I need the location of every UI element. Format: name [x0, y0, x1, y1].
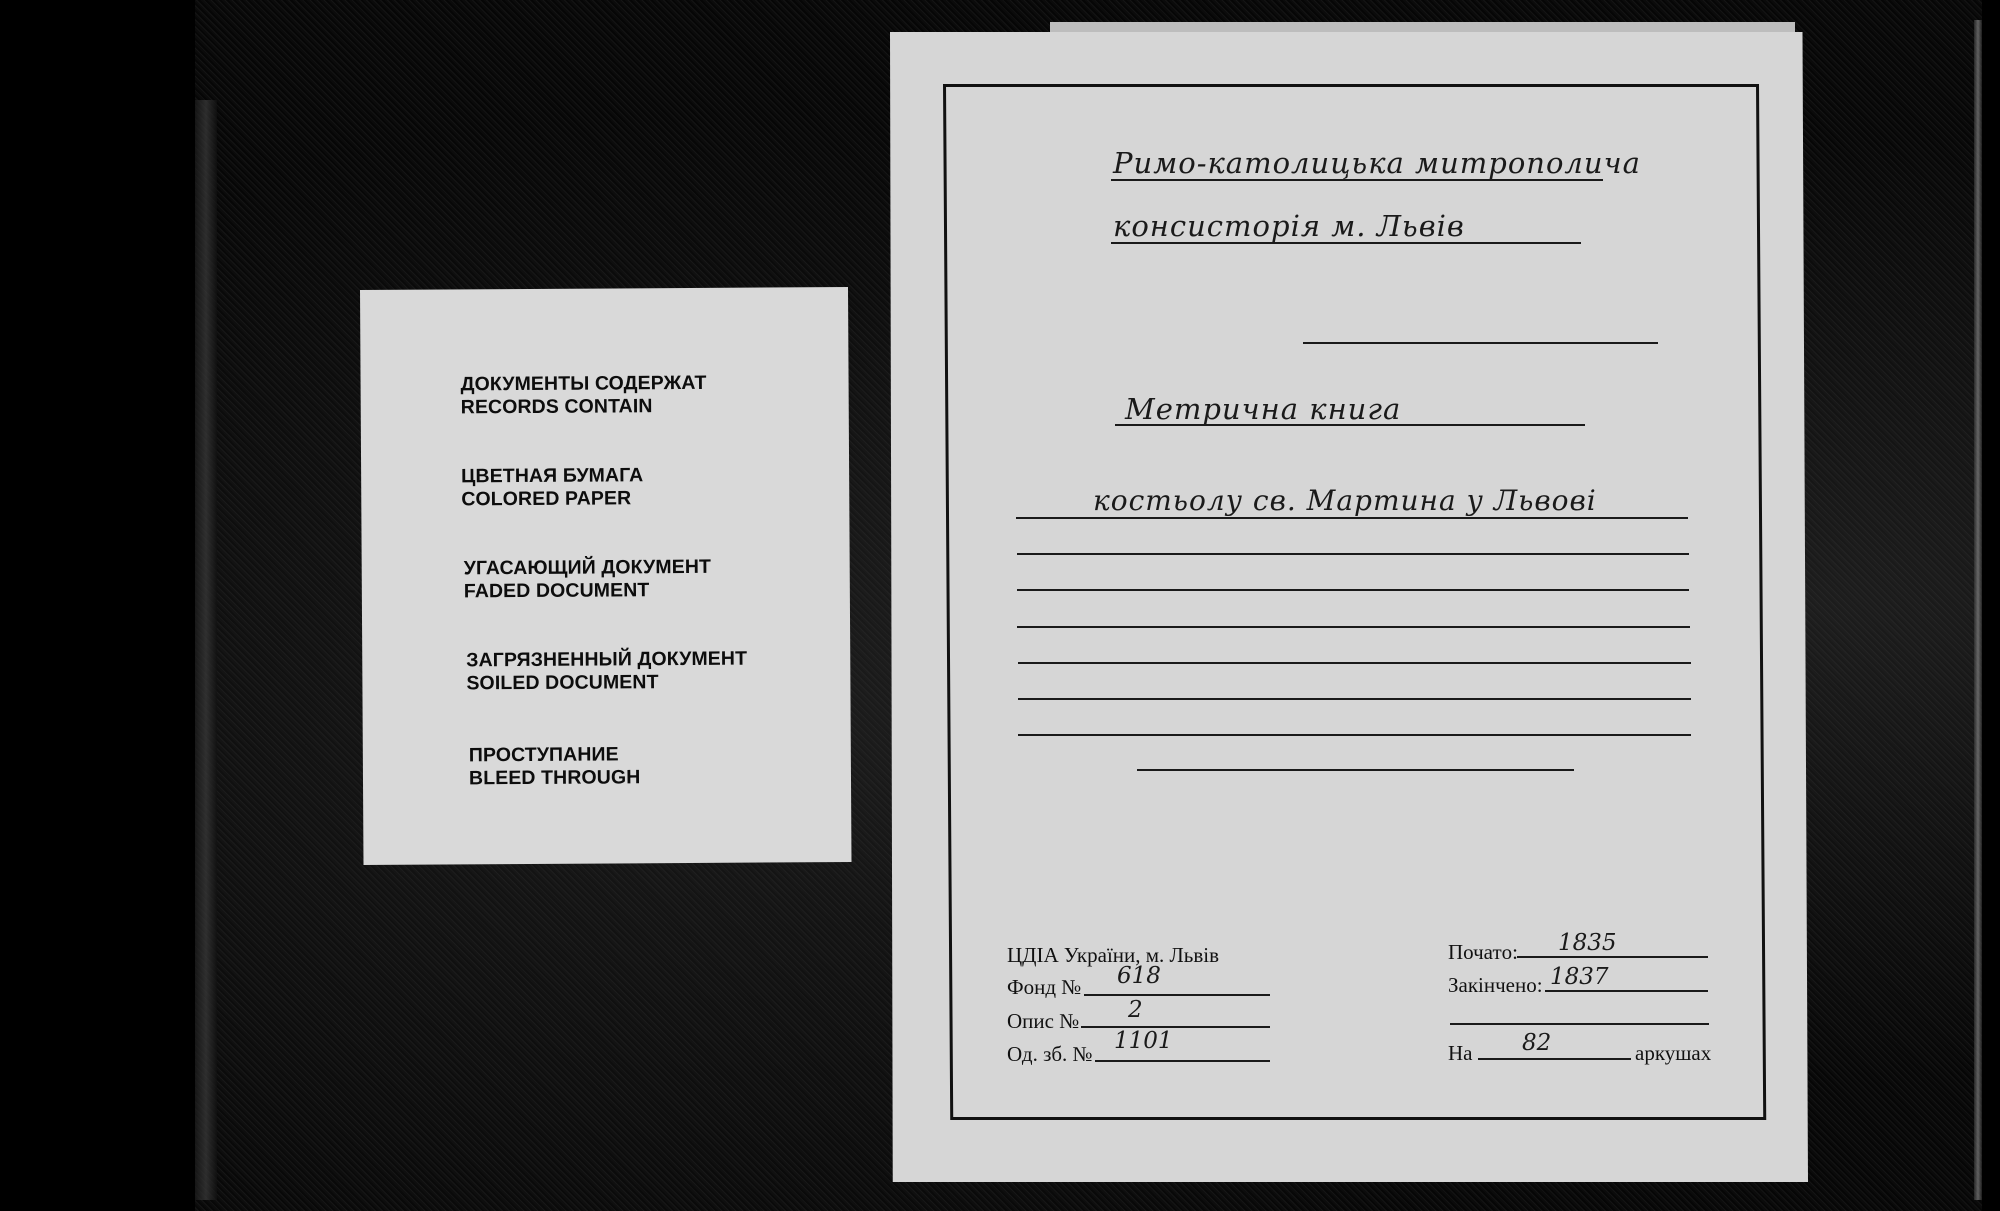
sprava-line [1095, 1060, 1270, 1062]
institution-line-1: Римо-католицька митрополича [1113, 146, 1641, 180]
notice-item-faded-document: УГАСАЮЩИЙ ДОКУМЕНТ FADED DOCUMENT [464, 556, 712, 604]
rule-line [1115, 424, 1585, 426]
started-value: 1835 [1558, 930, 1617, 956]
opys-value: 2 [1128, 997, 1143, 1023]
notice-item-records-contain: ДОКУМЕНТЫ СОДЕРЖАТ RECORDS CONTAIN [461, 372, 707, 420]
rule-line [1111, 242, 1581, 244]
ended-value: 1837 [1550, 964, 1609, 990]
rule-line [1017, 553, 1689, 555]
notice-ru-text: УГАСАЮЩИЙ ДОКУМЕНТ [464, 556, 711, 581]
opys-line [1081, 1026, 1270, 1028]
notice-ru-text: ДОКУМЕНТЫ СОДЕРЖАТ [461, 372, 707, 397]
sprava-label: Од. зб. № [1007, 1042, 1093, 1067]
notice-en-text: RECORDS CONTAIN [461, 395, 707, 420]
opys-label: Опис № [1007, 1009, 1079, 1034]
notice-en-text: SOILED DOCUMENT [466, 671, 747, 696]
notice-ru-text: ЗАГРЯЗНЕННЫЙ ДОКУМЕНТ [466, 648, 747, 673]
notice-ru-text: ЦВЕТНАЯ БУМАГА [461, 464, 643, 488]
archive-name: ЦДІА України, м. Львів [1007, 943, 1219, 968]
rule-line [1018, 734, 1691, 736]
fond-value: 618 [1117, 963, 1161, 989]
binder-edge [1974, 20, 1982, 1200]
started-line [1517, 956, 1708, 958]
church-line: костьолу св. Мартина у Львові [1093, 484, 1597, 517]
notice-item-colored-paper: ЦВЕТНАЯ БУМАГА COLORED PAPER [461, 464, 643, 511]
rule-line [1018, 662, 1691, 664]
sprava-value: 1101 [1114, 1028, 1173, 1054]
rule-line [1111, 179, 1603, 181]
rule-line [1017, 589, 1689, 591]
rule-line [1016, 517, 1688, 519]
sheets-line [1478, 1058, 1631, 1060]
binder-fold [195, 100, 217, 1200]
rule-line [1137, 769, 1574, 771]
notice-en-text: BLEED THROUGH [469, 766, 641, 790]
rule-line [1017, 626, 1690, 628]
sheets-prefix: На [1448, 1041, 1473, 1066]
fond-line [1084, 994, 1270, 996]
ended-label: Закінчено: [1448, 973, 1543, 998]
rule-line [1303, 342, 1658, 344]
condition-notice-card: ДОКУМЕНТЫ СОДЕРЖАТ RECORDS CONTAIN ЦВЕТН… [360, 287, 852, 865]
started-label: Початo: [1448, 940, 1518, 965]
ended-line [1545, 990, 1708, 992]
fond-label: Фонд № [1007, 975, 1081, 1000]
notice-item-soiled-document: ЗАГРЯЗНЕННЫЙ ДОКУМЕНТ SOILED DOCUMENT [466, 648, 747, 696]
notice-item-bleed-through: ПРОСТУПАНИЕ BLEED THROUGH [469, 743, 641, 790]
notice-ru-text: ПРОСТУПАНИЕ [469, 743, 641, 767]
book-title: Метрична книга [1125, 392, 1401, 426]
notice-en-text: FADED DOCUMENT [464, 579, 711, 604]
institution-line-2: консисторія м. Львів [1113, 209, 1465, 243]
rule-line [1018, 698, 1691, 700]
sheets-suffix: аркушах [1635, 1041, 1711, 1066]
notice-en-text: COLORED PAPER [461, 487, 643, 511]
sheets-value: 82 [1522, 1030, 1551, 1056]
blank-line [1450, 1023, 1709, 1025]
